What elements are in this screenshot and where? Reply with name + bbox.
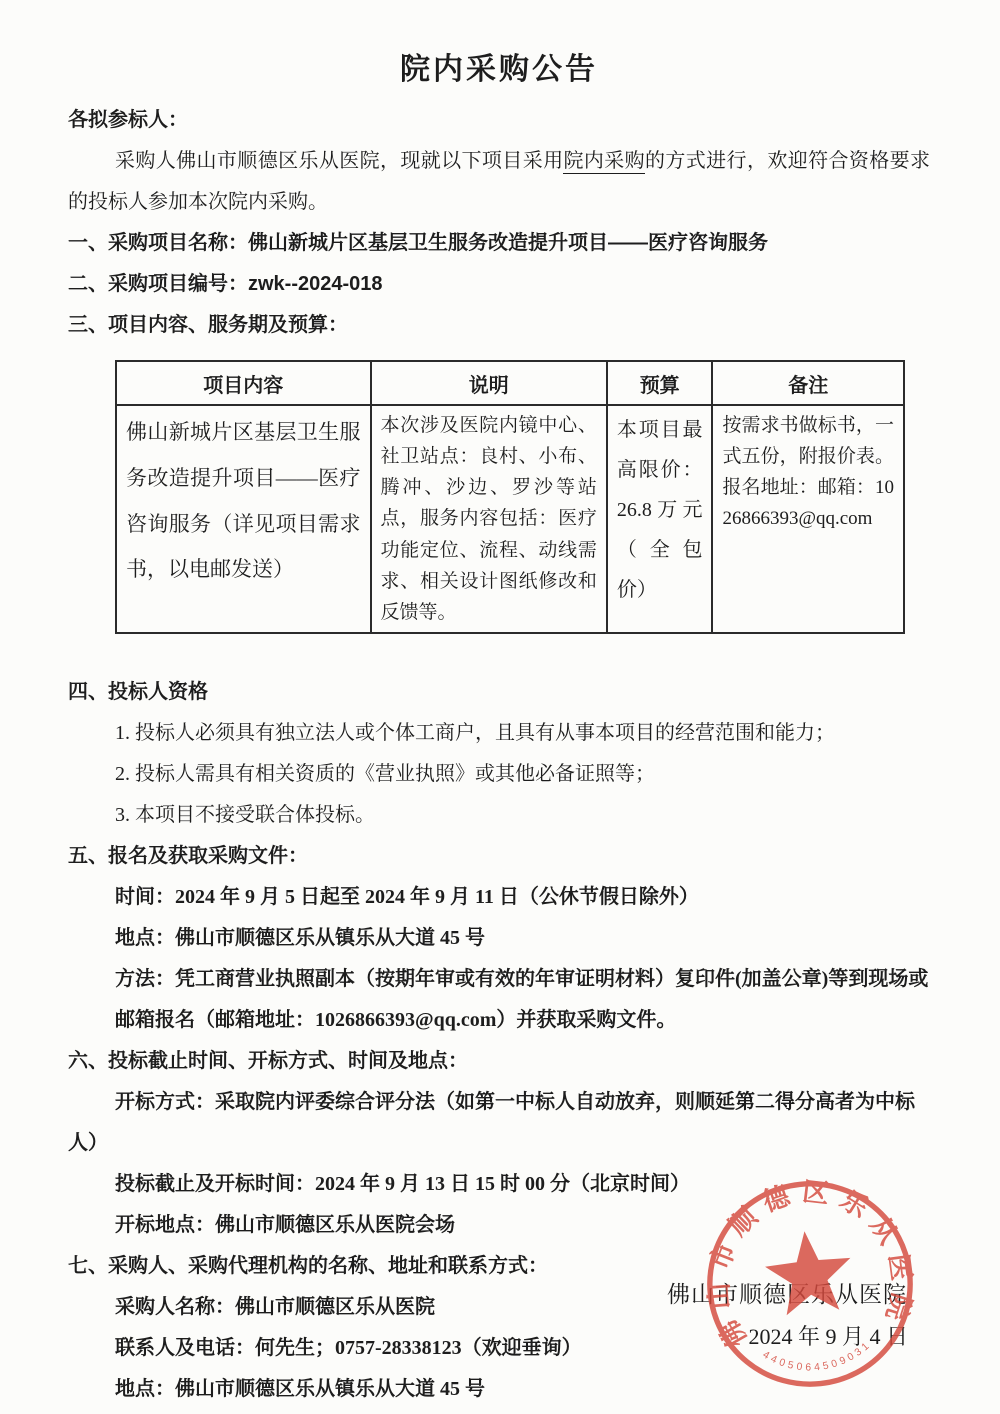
intro-paragraph: 采购人佛山市顺德区乐从医院，现就以下项目采用院内采购的方式进行，欢迎符合资格要求… xyxy=(68,141,930,223)
bid-method-line: 开标方式：采取院内评委综合评分法（如第一中标人自动放弃，则顺延第二得分高者为中标… xyxy=(68,1082,930,1164)
salutation: 各拟参标人： xyxy=(68,100,930,141)
registration-time-line: 时间：2024 年 9 月 5 日起至 2024 年 9 月 11 日（公休节假… xyxy=(68,877,930,918)
table-header-row: 项目内容 说明 预算 备注 xyxy=(116,361,904,405)
seal-star-icon xyxy=(762,1227,856,1317)
table-row: 佛山新城片区基层卫生服务改造提升项目——医疗咨询服务（详见项目需求书，以电邮发送… xyxy=(116,405,904,633)
cell-budget: 本项目最高限价：26.8万元（全包价） xyxy=(607,405,713,633)
official-seal: 佛山市顺德区乐从医院 4405064509031 xyxy=(691,1165,928,1402)
page-title: 院内采购公告 xyxy=(68,44,930,88)
section-4-qualifications: 四、投标人资格 xyxy=(68,672,930,713)
registration-place-line: 地点：佛山市顺德区乐从镇乐从大道 45 号 xyxy=(68,918,930,959)
section-3-content-budget: 三、项目内容、服务期及预算： xyxy=(68,305,930,346)
registration-method-line: 方法：凭工商营业执照副本（按期年审或有效的年审证明材料）复印件(加盖公章)等到现… xyxy=(115,959,930,1041)
cell-remark: 按需求书做标书，一式五份，附报价表。报名地址：邮箱：1026866393@qq.… xyxy=(712,405,904,633)
qualification-item-1: 1. 投标人必须具有独立法人或个体工商户，且具有从事本项目的经营范围和能力； xyxy=(68,713,930,754)
qualification-item-3: 3. 本项目不接受联合体投标。 xyxy=(68,795,930,836)
cell-description: 本次涉及医院内镜中心、社卫站点：良村、小布、腾冲、沙边、罗沙等站点，服务内容包括… xyxy=(371,405,607,633)
table-header-budget: 预算 xyxy=(607,361,713,405)
section-5-registration: 五、报名及获取采购文件： xyxy=(68,836,930,877)
table-header-description: 说明 xyxy=(371,361,607,405)
section-1-project-name: 一、采购项目名称：佛山新城片区基层卫生服务改造提升项目——医疗咨询服务 xyxy=(68,223,930,264)
section-6-bid-opening: 六、投标截止时间、开标方式、时间及地点： xyxy=(68,1041,930,1082)
table-header-content: 项目内容 xyxy=(116,361,371,405)
section-2-project-number: 二、采购项目编号：zwk--2024-018 xyxy=(68,264,930,305)
table-header-remark: 备注 xyxy=(712,361,904,405)
qualification-item-2: 2. 投标人需具有相关资质的《营业执照》或其他必备证照等； xyxy=(68,754,930,795)
official-seal-graphic: 佛山市顺德区乐从医院 4405064509031 xyxy=(691,1165,928,1402)
cell-project-content: 佛山新城片区基层卫生服务改造提升项目——医疗咨询服务（详见项目需求书，以电邮发送… xyxy=(116,405,371,633)
intro-underlined-term: 院内采购 xyxy=(563,150,645,174)
intro-before: 采购人佛山市顺德区乐从医院，现就以下项目采用 xyxy=(115,150,563,172)
scanned-document-page: 院内采购公告 各拟参标人： 采购人佛山市顺德区乐从医院，现就以下项目采用院内采购… xyxy=(0,0,1000,1414)
project-table: 项目内容 说明 预算 备注 佛山新城片区基层卫生服务改造提升项目——医疗咨询服务… xyxy=(115,360,905,634)
